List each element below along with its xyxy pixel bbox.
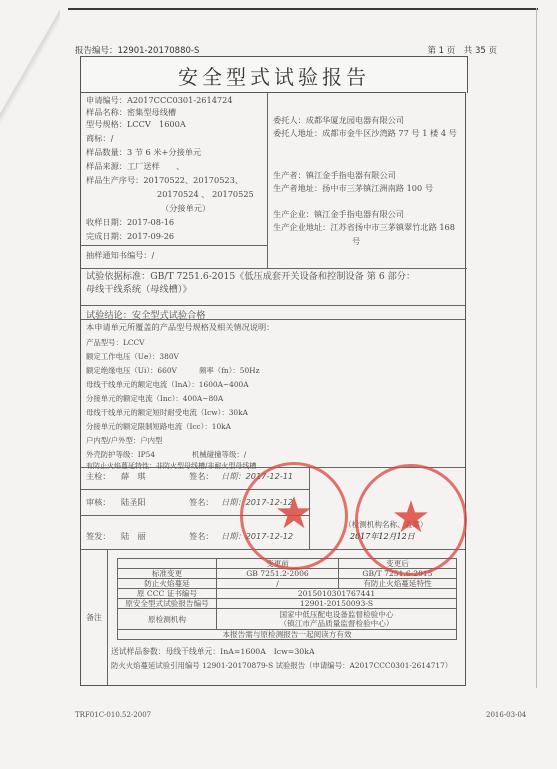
received-date: 收样日期：2017-08-16: [86, 217, 174, 228]
sign-label: 签名：: [189, 471, 214, 482]
table-row: 防止火焰蔓延 / 有防止火焰蔓延特性: [118, 579, 457, 589]
client: 委托人：成都华厦龙园电器有限公司: [273, 115, 404, 126]
role-label: 审核：: [86, 497, 111, 508]
description-line: 分接单元的额定电流（Inc）：400A~80A: [86, 393, 223, 404]
sample-params: 送试样品参数：母线干线单元：InA=1600A Icw=30kA: [111, 646, 315, 657]
page-edge: [68, 8, 538, 10]
role-label: 主检：: [86, 471, 111, 482]
orig-lab-name: 国家中低压配电设备监督检验中心: [217, 610, 456, 619]
serial-numbers-note: （分接单元）: [161, 203, 210, 214]
factory: 生产企业：镇江金手指电器有限公司: [273, 209, 404, 220]
description-line: 母线干线单元的额定电流（InA）：1600A~400A: [86, 379, 249, 390]
sign-label: 签名：: [189, 531, 214, 542]
remarks-label: 备注: [81, 549, 108, 685]
change-table: 变更前 变更后 标准变更 GB 7251.2-2006 GB/T 7251.6-…: [117, 558, 457, 640]
document-title: 安全型式试验报告: [80, 56, 468, 93]
table-header: [118, 559, 217, 569]
divider: [81, 515, 309, 516]
description-line: 户内型/户外型：户内型: [86, 435, 162, 446]
table-header: 变更后: [339, 559, 457, 569]
report-number-value: 12901-20170880-S: [118, 46, 200, 56]
table-row: 原 CCC 证书编号 2015010301767441: [118, 589, 457, 599]
signer-name: 薛 琪: [121, 471, 146, 482]
institution-seal-area: （检测机构名称、盖章） 2017年12月12日: [310, 467, 465, 549]
test-basis-line: 试验依据标准：GB/T 7251.6-2015《低压成套开关设备和控制设备 第 …: [86, 270, 460, 283]
party-details: 委托人：成都华厦龙园电器有限公司 委托人地址：成都市金牛区沙湾路 77 号 1 …: [268, 93, 467, 268]
table-cell: /: [217, 579, 339, 589]
sampling-notice-number: 抽样通知书编号：/: [86, 250, 154, 261]
seal-label: （检测机构名称、盖章）: [344, 519, 428, 530]
factory-address-cont: 号: [352, 236, 360, 247]
table-cell: GB/T 7251.6-2015: [339, 569, 457, 579]
producer: 生产者：镇江金手指电器有限公司: [273, 170, 396, 181]
table-cell: 国家中低压配电设备监督检验中心 （镇江市产品质量监督检验中心）: [217, 609, 457, 630]
report-number: 报告编号：12901-20170880-S: [75, 44, 199, 56]
factory-address: 生产企业地址：江苏省扬中市三茅镇翠竹北路 168: [273, 222, 455, 233]
page-fold-shadow: [0, 0, 60, 130]
fire-test-reference: 防火火焰蔓延试验引用编号 12901-20170879-S 试验报告（申请编号：…: [111, 660, 452, 671]
sign-date: 日期：2017-12-12: [221, 497, 293, 508]
form-number: TRF01C-010.52-2007: [75, 711, 151, 719]
table-cell: 有防止火焰蔓延特性: [339, 579, 457, 589]
table-header: 变更前: [217, 559, 339, 569]
completed-date: 完成日期：2017-09-26: [86, 231, 174, 242]
description-line: 额定工作电压（Ue）：380V: [86, 351, 179, 362]
remarks-section: 备注 变更前 变更后 标准变更 GB 7251.2-2006 GB/T 7251…: [81, 549, 465, 685]
producer-address: 生产者地址：扬中市三茅镇江洲南路 100 号: [273, 183, 433, 194]
table-cell: 12901-20150093-S: [217, 599, 457, 609]
sign-date: 日期：2017-12-11: [221, 471, 293, 482]
page-indicator: 第 1 页 共 35 页: [427, 44, 497, 56]
client-address: 委托人地址：成都市金牛区沙湾路 77 号 1 楼 4 号: [273, 128, 457, 139]
serial-numbers-cont: 20170524 、 20170525: [157, 189, 254, 200]
test-conclusion: 试验结论：安全型式试验合格: [81, 306, 465, 320]
orig-lab-alt-name: （镇江市产品质量监督检验中心）: [217, 619, 456, 628]
report-form: 申请编号：A2017CCC0301-2614724 样品名称：密集型母线槽 型号…: [80, 92, 466, 686]
description-line: 外壳防护等级：IP54 机械碰撞等级：/: [86, 449, 246, 460]
table-cell: 2015010301767441: [217, 589, 457, 599]
product-description: 本申请单元所覆盖的产品型号规格及相关情况说明： 产品型号：LCCV 额定工作电压…: [81, 320, 465, 468]
divider: [81, 245, 267, 246]
report-number-label: 报告编号：: [75, 46, 118, 56]
table-cell: 原 CCC 证书编号: [118, 589, 217, 599]
test-basis: 试验依据标准：GB/T 7251.6-2015《低压成套开关设备和控制设备 第 …: [81, 268, 465, 306]
model-spec: 型号规格：LCCV 1600A: [86, 119, 186, 130]
sign-date: 日期：2017-12-12: [221, 531, 293, 542]
sample-details: 申请编号：A2017CCC0301-2614724 样品名称：密集型母线槽 型号…: [81, 93, 268, 268]
sample-quantity: 样品数量：3 节 6 米+分接单元: [86, 147, 201, 158]
description-line: 产品型号：LCCV: [86, 337, 145, 348]
role-label: 签发：: [86, 531, 111, 542]
divider: [81, 489, 309, 490]
signer-name: 陆 丽: [121, 531, 146, 542]
test-basis-line: 母线干线系统（母线槽）》: [86, 283, 460, 296]
table-row: 原安全型式试验报告编号 12901-20150093-S: [118, 599, 457, 609]
table-row: 本报告需与原检测报告一起阅读方有效: [118, 630, 457, 640]
serial-numbers: 样品生产序号：20170522、20170523、: [86, 175, 243, 186]
sample-name: 样品名称：密集型母线槽: [86, 107, 176, 118]
trademark: 商标：/: [86, 133, 113, 144]
table-cell: 原安全型式试验报告编号: [118, 599, 217, 609]
table-cell: 防止火焰蔓延: [118, 579, 217, 589]
table-row: 标准变更 GB 7251.2-2006 GB/T 7251.6-2015: [118, 569, 457, 579]
form-date: 2016-03-04: [486, 711, 526, 719]
description-heading: 本申请单元所覆盖的产品型号规格及相关情况说明：: [86, 322, 274, 333]
sample-info-section: 申请编号：A2017CCC0301-2614724 样品名称：密集型母线槽 型号…: [81, 93, 467, 269]
table-cell: GB 7251.2-2006: [217, 569, 339, 579]
signature-section: 主检： 薛 琪 签名： 日期：2017-12-11 审核： 陆圣阳 签名： 日期…: [81, 467, 465, 550]
seal-date: 2017年12月12日: [350, 531, 415, 542]
sample-source: 样品来源：工厂送样 、: [86, 161, 184, 172]
validity-note: 本报告需与原检测报告一起阅读方有效: [118, 630, 457, 640]
signatures: 主检： 薛 琪 签名： 日期：2017-12-11 审核： 陆圣阳 签名： 日期…: [81, 467, 310, 549]
sign-label: 签名：: [189, 497, 214, 508]
description-line: 分接单元的额定限制短路电流（Icc）：10kA: [86, 421, 231, 432]
table-row: 原检测机构 国家中低压配电设备监督检验中心 （镇江市产品质量监督检验中心）: [118, 609, 457, 630]
signer-name: 陆圣阳: [121, 497, 146, 508]
table-cell: 标准变更: [118, 569, 217, 579]
description-line: 母线干线单元的额定短时耐受电流（Icw）：30kA: [86, 407, 248, 418]
application-number: 申请编号：A2017CCC0301-2614724: [86, 95, 233, 106]
table-header-row: 变更前 变更后: [118, 559, 457, 569]
page-edge: [536, 8, 537, 688]
table-cell: 原检测机构: [118, 609, 217, 630]
description-line: 额定绝缘电压（Ui）：660V 频率（fn）：50Hz: [86, 365, 260, 376]
